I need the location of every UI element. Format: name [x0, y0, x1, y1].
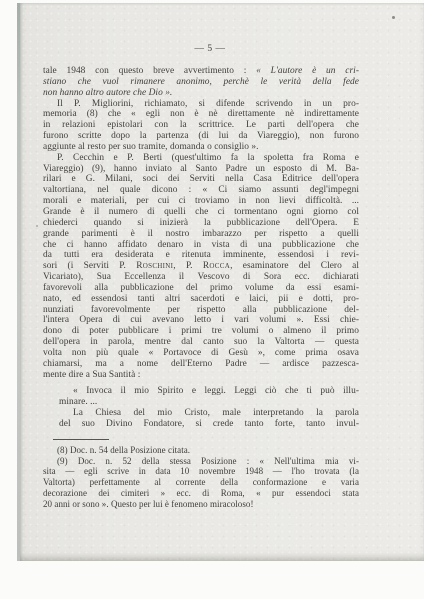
text-line: 20 anni or sono ». Questo per lui è feno…	[43, 499, 359, 510]
book-page: — 5 — tale 1948 con questo breve avverti…	[20, 3, 424, 561]
text-line: decorazione dei cimiteri » ecc. di Roma,…	[43, 488, 359, 499]
text-block: tale 1948 con questo breve avvertimento …	[43, 66, 359, 510]
text-line: grande parimenti è il nostro imbarazzo p…	[43, 229, 359, 240]
text-line: tale 1948 con questo breve avvertimento …	[43, 66, 359, 77]
text-line: La Chiesa del mio Cristo, male interpret…	[59, 408, 359, 419]
scanned-book-page: — 5 — tale 1948 con questo breve avverti…	[0, 0, 424, 599]
footnote-separator	[53, 439, 109, 440]
text-line: (9) Doc. n. 52 della stessa Posizione : …	[43, 456, 359, 467]
text-line: (8) Doc. n. 54 della Posizione citata.	[43, 445, 359, 456]
text-line: Il P. Migliorini, richiamato, si difende…	[43, 99, 359, 110]
text-line: chiamarsi, ma a nome dell'Eterno Padre —…	[43, 359, 359, 370]
text-line: sita — egli scrive in data 10 novembre 1…	[43, 466, 359, 477]
text-line: da tutti era desiderata e ritenuta immin…	[43, 250, 359, 261]
text-line: volta non più quale « Portavoce di Gesù …	[43, 348, 359, 359]
text-line: rilari e G. Milani, soci dei Serviti nel…	[43, 174, 359, 185]
text-line: del suo Divino Fondatore, si crede tanto…	[59, 419, 359, 430]
text-line: valtortiana, nel quale dicono : « Ci sia…	[43, 185, 359, 196]
text-line: minare. ...	[59, 397, 359, 408]
text-line: che ci hanno affidato denaro in vista di…	[43, 240, 359, 251]
body-text: tale 1948 con questo breve avvertimento …	[43, 66, 359, 380]
text-line: P. Cecchin e P. Berti (quest'ultimo fa l…	[43, 153, 359, 164]
text-line: chiederci quando si inizierà la pubblica…	[43, 218, 359, 229]
text-line: dell'opera in parola, mentre dal canto s…	[43, 337, 359, 348]
text-line: mente dire a Sua Santità :	[43, 370, 359, 381]
text-line: Viareggio) (9), hanno inviato al Santo P…	[43, 164, 359, 175]
text-line: favorevoli alla pubblicazione del primo …	[43, 283, 359, 294]
text-line: dono di poter pubblicare i primi tre vol…	[43, 326, 359, 337]
text-line: stiano che vuol rimanere anonimo, perchè…	[43, 77, 359, 88]
quote-block: « Invoca il mio Spirito e leggi. Leggi c…	[59, 386, 359, 429]
text-line: l'intera Opera di cui avevano letto i va…	[43, 315, 359, 326]
text-line: non hanno altro autore che Dio ».	[43, 88, 359, 99]
footnotes: (8) Doc. n. 54 della Posizione citata.(9…	[43, 445, 359, 510]
text-line: in relazioni epistolari con la scrittric…	[43, 120, 359, 131]
text-line: « Invoca il mio Spirito e leggi. Leggi c…	[59, 386, 359, 397]
text-line: nunziati favorevolmente per rispetto all…	[43, 305, 359, 316]
page-number: — 5 —	[43, 44, 359, 54]
text-line: Grande è il numero di quelli che ci torm…	[43, 207, 359, 218]
scan-speck	[36, 225, 38, 227]
text-line: aggiunte al resto per suo tramite, doman…	[43, 142, 359, 153]
text-line: morali e materiali, per cui ci troviamo …	[43, 196, 359, 207]
text-line: nato, ed essendosi tanti altri sacerdoti…	[43, 294, 359, 305]
scan-speck	[392, 16, 395, 19]
text-line: furono scritte dopo la partenza (di lui …	[43, 131, 359, 142]
text-line: memoria (8) che « egli non è nè direttam…	[43, 109, 359, 120]
text-line: Vicariato), Sua Eccellenza il Vescovo di…	[43, 272, 359, 283]
text-line: Valtorta) perfettamente al corrente dell…	[43, 477, 359, 488]
text-line: sori (i Serviti P. Roschini, P. Rocca, e…	[43, 261, 359, 272]
